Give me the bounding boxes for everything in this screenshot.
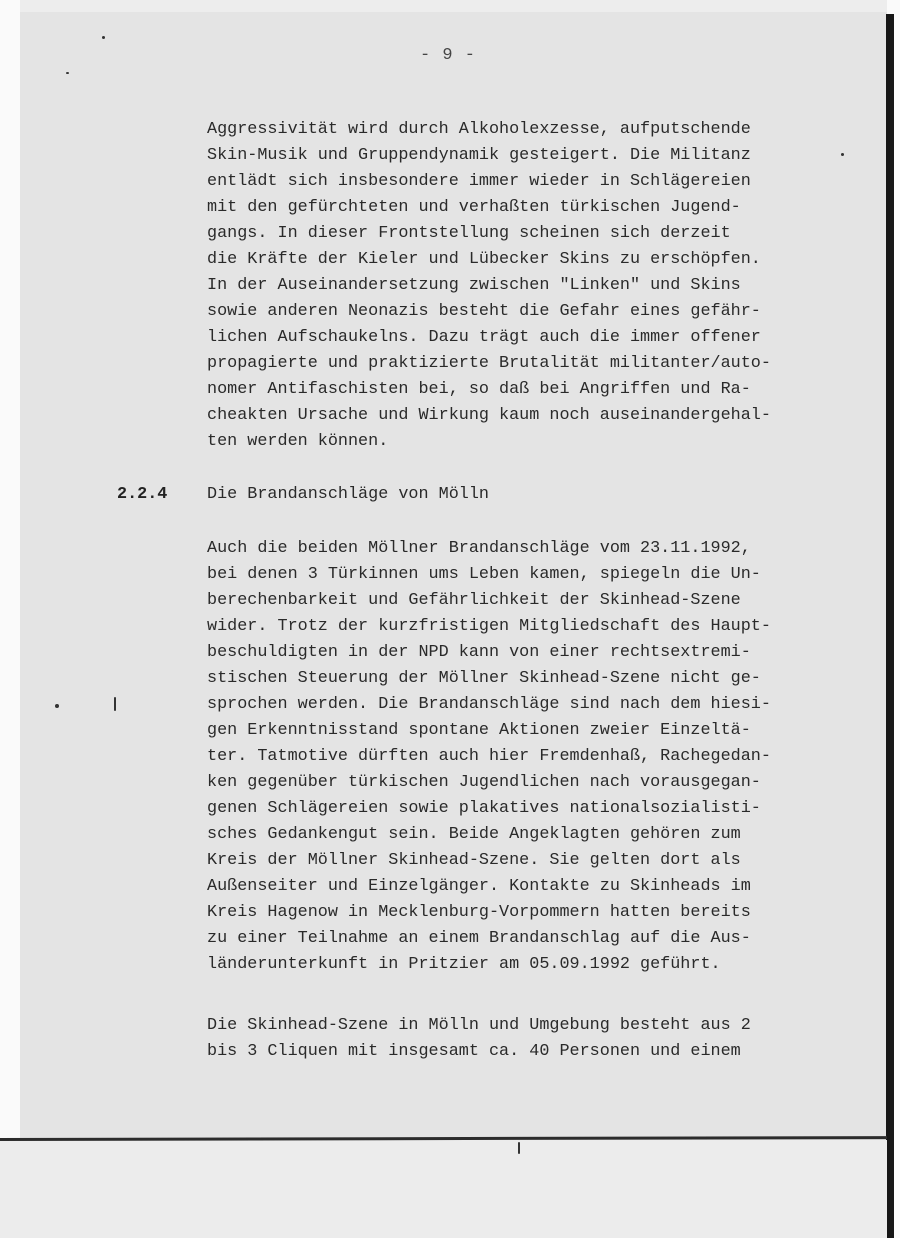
text-line: entlädt sich insbesondere immer wieder i…: [207, 169, 771, 195]
text-line: stischen Steuerung der Möllner Skinhead-…: [207, 666, 771, 692]
text-line: ten werden können.: [207, 429, 771, 455]
text-line: In der Auseinandersetzung zwischen "Link…: [207, 273, 771, 299]
scan-speck: [102, 36, 105, 39]
text-line: wider. Trotz der kurzfristigen Mitglieds…: [207, 614, 771, 640]
paragraph-2: Auch die beiden Möllner Brandanschläge v…: [207, 536, 771, 978]
text-line: Auch die beiden Möllner Brandanschläge v…: [207, 536, 771, 562]
section-number: 2.2.4: [117, 482, 167, 508]
text-line: Kreis Hagenow in Mecklenburg-Vorpommern …: [207, 900, 771, 926]
text-line: berechenbarkeit und Gefährlichkeit der S…: [207, 588, 771, 614]
scan-speck: [55, 704, 59, 708]
text-line: länderunterkunft in Pritzier am 05.09.19…: [207, 952, 771, 978]
text-line: ken gegenüber türkischen Jugendlichen na…: [207, 770, 771, 796]
text-line: nomer Antifaschisten bei, so daß bei Ang…: [207, 377, 771, 403]
text-line: bei denen 3 Türkinnen ums Leben kamen, s…: [207, 562, 771, 588]
text-line: mit den gefürchteten und verhaßten türki…: [207, 195, 771, 221]
page-number: - 9 -: [420, 46, 476, 65]
paragraph-1: Aggressivität wird durch Alkoholexzesse,…: [207, 117, 771, 455]
text-line: beschuldigten in der NPD kann von einer …: [207, 640, 771, 666]
text-line: sches Gedankengut sein. Beide Angeklagte…: [207, 822, 771, 848]
text-line: die Kräfte der Kieler und Lübecker Skins…: [207, 247, 771, 273]
scan-speck: [841, 153, 844, 156]
text-line: Kreis der Möllner Skinhead-Szene. Sie ge…: [207, 848, 771, 874]
section-title: Die Brandanschläge von Mölln: [207, 482, 489, 508]
scan-right-edge: [886, 14, 894, 1238]
text-line: Aggressivität wird durch Alkoholexzesse,…: [207, 117, 771, 143]
paragraph-3: Die Skinhead-Szene in Mölln und Umgebung…: [207, 1013, 751, 1065]
scan-bottom-area: [0, 1140, 887, 1238]
text-line: zu einer Teilnahme an einem Brandanschla…: [207, 926, 771, 952]
scan-top-edge: [20, 0, 887, 12]
scan-speck: [114, 697, 116, 711]
text-line: gen Erkenntnisstand spontane Aktionen zw…: [207, 718, 771, 744]
text-line: bis 3 Cliquen mit insgesamt ca. 40 Perso…: [207, 1039, 751, 1065]
text-line: gangs. In dieser Frontstellung scheinen …: [207, 221, 771, 247]
text-line: sowie anderen Neonazis besteht die Gefah…: [207, 299, 771, 325]
scan-speck: [518, 1142, 520, 1154]
text-line: Außenseiter und Einzelgänger. Kontakte z…: [207, 874, 771, 900]
scan-speck: [66, 72, 69, 74]
text-line: sprochen werden. Die Brandanschläge sind…: [207, 692, 771, 718]
text-line: Die Skinhead-Szene in Mölln und Umgebung…: [207, 1013, 751, 1039]
text-line: genen Schlägereien sowie plakatives nati…: [207, 796, 771, 822]
text-line: Skin-Musik und Gruppendynamik gesteigert…: [207, 143, 771, 169]
text-line: lichen Aufschaukelns. Dazu trägt auch di…: [207, 325, 771, 351]
text-line: ter. Tatmotive dürften auch hier Fremden…: [207, 744, 771, 770]
text-line: propagierte und praktizierte Brutalität …: [207, 351, 771, 377]
text-line: cheakten Ursache und Wirkung kaum noch a…: [207, 403, 771, 429]
